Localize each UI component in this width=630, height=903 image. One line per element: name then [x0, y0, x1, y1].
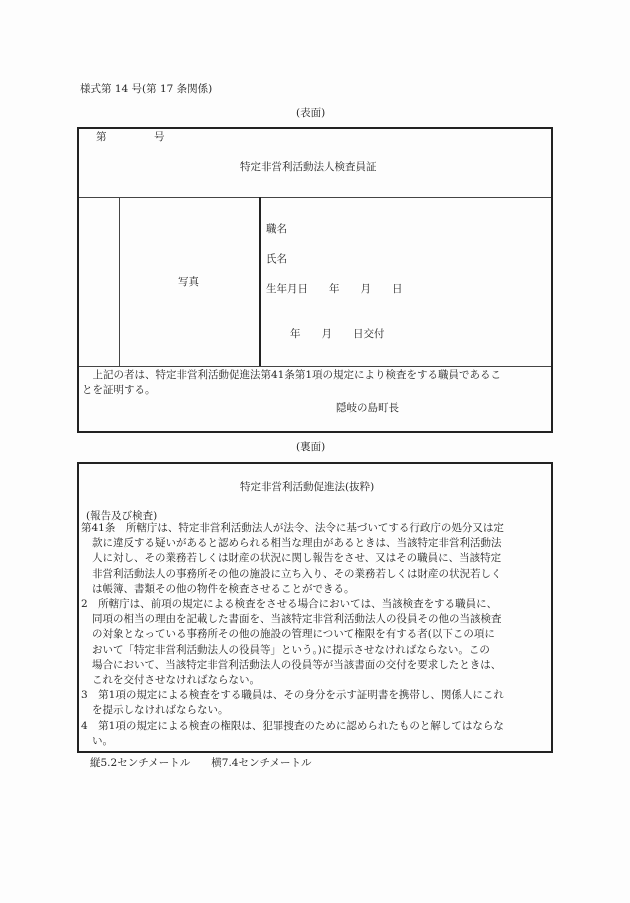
article-line: 同項の相当の理由を記載した書面を、当該特定非営利活動法人の役員その他の当該検査 — [81, 612, 504, 627]
article-line: 非営利活動法人の事務所その他の施設に立ち入り、その業務若しくは財産の状況若しく — [81, 567, 504, 582]
article-line: 人に対し、その業務若しくは財産の状況に関し報告をさせ、又はその職員に、当該特定 — [81, 551, 504, 566]
card-number-prefix: 第 — [96, 130, 107, 144]
article-line: 4 第1項の規定による検査の権限は、犯罪捜査のために認められたものと解してはなら… — [81, 719, 504, 734]
article-line: これを交付させなければならない。 — [81, 673, 504, 688]
card-title: 特定非営利活動法人検査員証 — [240, 160, 377, 174]
card-size-note: 縦5.2センチメートル 横7.4センチメートル — [90, 756, 312, 770]
excerpt-title: 特定非営利活動促進法(抜粋) — [240, 480, 374, 494]
front-col-divider-1 — [119, 197, 120, 366]
issuer-name: 隠岐の島町長 — [336, 401, 399, 415]
certification-text: 上記の者は、特定非営利活動促進法第41条第1項の規定により検査をする職員であるこ… — [82, 368, 501, 398]
article-line: 款に違反する疑いがあると認められる相当な理由があるときは、当該特定非営利活動法 — [81, 536, 504, 551]
front-row-divider-bottom — [79, 366, 551, 367]
field-position-label: 職名 — [266, 222, 287, 236]
article-line: を提示しなければならない。 — [81, 703, 504, 718]
front-row-divider-top — [79, 197, 551, 198]
front-side-label: (表面) — [296, 106, 325, 120]
article-line: 第41条 所轄庁は、特定非営利活動法人が法令、法令に基づいてする行政庁の処分又は… — [81, 521, 504, 536]
certification-line: 上記の者は、特定非営利活動促進法第41条第1項の規定により検査をする職員であるこ — [82, 368, 501, 383]
back-side-label: (裏面) — [296, 440, 325, 454]
article-line: 3 第1項の規定による検査をする職員は、その身分を示す証明書を携帯し、関係人にこ… — [81, 688, 504, 703]
field-birthdate-label: 生年月日 年 月 日 — [266, 282, 403, 296]
field-issued-date-label: 年 月 日交付 — [290, 327, 385, 341]
article-line: 場合において、当該特定非営利活動法人の役員等が当該書面の交付を要求したときは、 — [81, 658, 504, 673]
front-col-divider-2 — [259, 197, 261, 366]
article-line: の対象となっている事務所その他の施設の管理について権限を有する者(以下この項に — [81, 627, 504, 642]
photo-placeholder: 写真 — [178, 275, 199, 289]
article-line: い。 — [81, 734, 504, 749]
field-name-label: 氏名 — [266, 252, 287, 266]
certification-line: とを証明する。 — [82, 383, 501, 398]
card-number-suffix: 号 — [154, 130, 165, 144]
article-41-text: 第41条 所轄庁は、特定非営利活動法人が法令、法令に基づいてする行政庁の処分又は… — [81, 521, 504, 749]
form-caption: 様式第 14 号(第 17 条関係) — [80, 82, 212, 96]
article-line: は帳簿、書類その他の物件を検査させることができる。 — [81, 582, 504, 597]
article-line: 2 所轄庁は、前項の規定による検査をさせる場合においては、当該検査をする職員に、 — [81, 597, 504, 612]
article-line: おいて「特定非営利活動法人の役員等」という。)に提示させなければならない。この — [81, 643, 504, 658]
